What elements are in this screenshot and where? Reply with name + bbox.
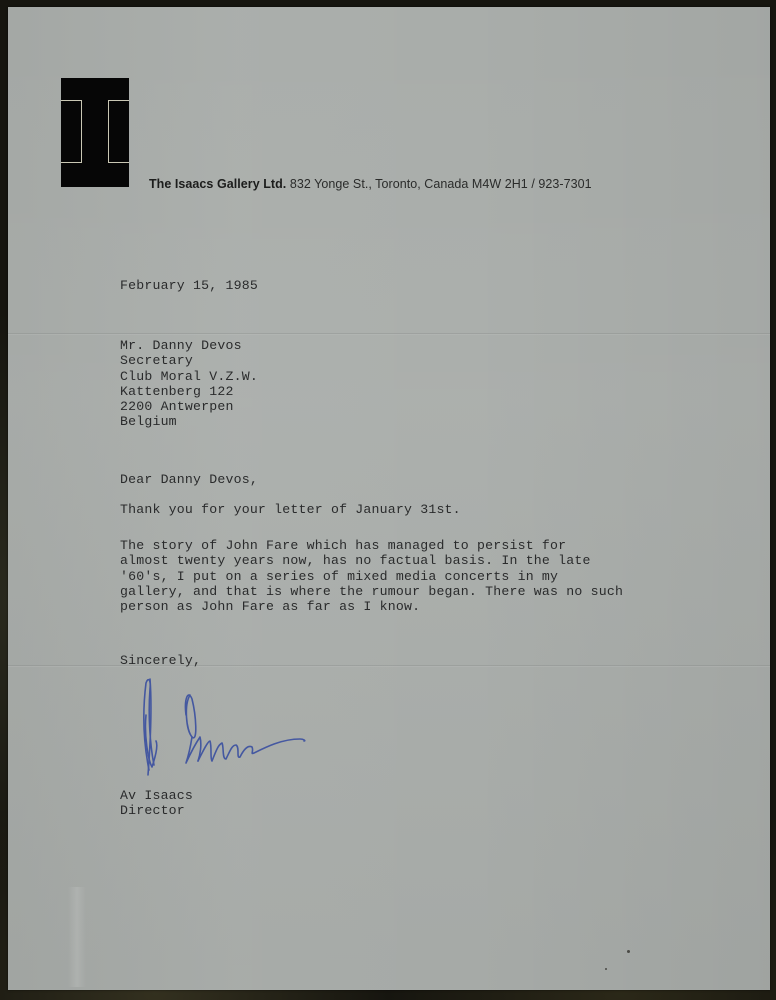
body-line: almost twenty years now, has no factual …	[120, 553, 623, 568]
paper-speck	[627, 950, 630, 953]
paper-speck	[605, 968, 607, 970]
recipient-line: Belgium	[120, 414, 258, 429]
company-address: 832 Yonge St., Toronto, Canada M4W 2H1 /…	[290, 177, 592, 191]
fold-line	[8, 333, 770, 335]
body-line: '60's, I put on a series of mixed media …	[120, 569, 623, 584]
signer-block: Av IsaacsDirector	[120, 788, 193, 819]
isaacs-gallery-logo-icon	[61, 78, 129, 187]
paragraph-body: The story of John Fare which has managed…	[120, 538, 623, 614]
paragraph-thanks: Thank you for your letter of January 31s…	[120, 502, 461, 517]
body-line: gallery, and that is where the rumour be…	[120, 584, 623, 599]
recipient-line: Mr. Danny Devos	[120, 338, 258, 353]
signer-name: Av Isaacs	[120, 788, 193, 803]
salutation: Dear Danny Devos,	[120, 472, 258, 487]
body-line: person as John Fare as far as I know.	[120, 599, 623, 614]
logo-slot-left	[61, 100, 82, 163]
handwritten-signature-icon	[132, 675, 332, 785]
recipient-line: Kattenberg 122	[120, 384, 258, 399]
paper-crease	[68, 887, 86, 987]
letterhead: The Isaacs Gallery Ltd. 832 Yonge St., T…	[149, 177, 592, 191]
body-line: The story of John Fare which has managed…	[120, 538, 623, 553]
recipient-line: Secretary	[120, 353, 258, 368]
recipient-line: 2200 Antwerpen	[120, 399, 258, 414]
recipient-line: Club Moral V.Z.W.	[120, 369, 258, 384]
company-name: The Isaacs Gallery Ltd.	[149, 177, 286, 191]
logo-slot-right	[108, 100, 129, 163]
recipient-address: Mr. Danny DevosSecretaryClub Moral V.Z.W…	[120, 338, 258, 430]
letter-paper: The Isaacs Gallery Ltd. 832 Yonge St., T…	[8, 7, 770, 990]
closing: Sincerely,	[120, 653, 201, 668]
letter-date: February 15, 1985	[120, 278, 258, 293]
signer-title: Director	[120, 803, 193, 818]
